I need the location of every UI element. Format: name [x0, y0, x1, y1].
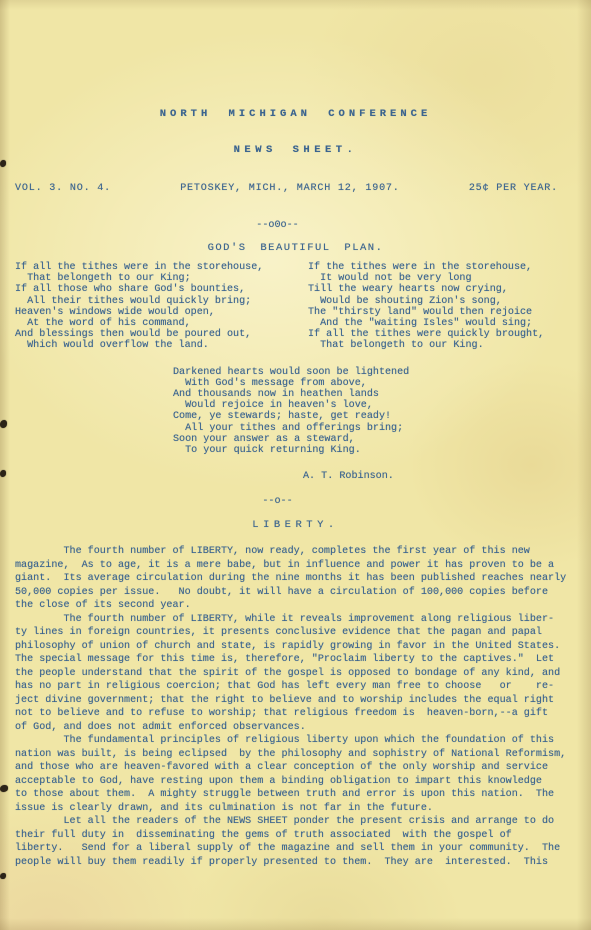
article-title: LIBERTY. [15, 519, 576, 531]
sheet-title: NEWS SHEET. [15, 144, 576, 156]
price: 25¢ PER YEAR. [469, 183, 558, 195]
ink-speck [0, 470, 6, 477]
volume-number: VOL. 3. NO. 4. [15, 183, 111, 195]
ink-speck [0, 420, 7, 428]
poem-columns: If all the tithes were in the storehouse… [15, 262, 576, 352]
liberty-article: LIBERTY. The fourth number of LIBERTY, n… [15, 519, 576, 869]
masthead-row: VOL. 3. NO. 4. PETOSKEY, MICH., MARCH 12… [15, 183, 576, 195]
poem-section: GOD'S BEAUTIFUL PLAN. If all the tithes … [15, 242, 576, 483]
poem-center-stanza: Darkened hearts would soon be lightened … [173, 367, 576, 457]
section-divider: --o-- [0, 496, 558, 508]
poem-left-column: If all the tithes were in the storehouse… [15, 262, 308, 352]
poem-title: GOD'S BEAUTIFUL PLAN. [15, 242, 576, 254]
news-sheet-page: NORTH MICHIGAN CONFERENCE NEWS SHEET. VO… [0, 0, 591, 930]
article-body: The fourth number of LIBERTY, now ready,… [15, 545, 576, 869]
poem-right-column: If the tithes were in the storehouse, It… [308, 262, 576, 352]
ink-speck [0, 160, 6, 167]
ink-speck [0, 785, 8, 792]
conference-title: NORTH MICHIGAN CONFERENCE [15, 108, 576, 120]
dateline: PETOSKEY, MICH., MARCH 12, 1907. [180, 183, 399, 195]
section-divider: --o0o-- [0, 220, 558, 232]
poem-attribution: A. T. Robinson. [303, 471, 576, 483]
masthead: NORTH MICHIGAN CONFERENCE NEWS SHEET. VO… [15, 108, 576, 195]
ink-speck [0, 873, 6, 879]
